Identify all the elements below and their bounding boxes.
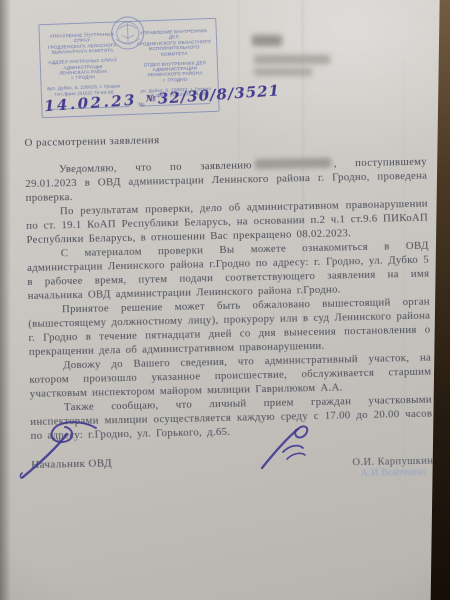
letter-body: Уведомляю, что по заявлению, поступившем… [25,155,433,443]
handwritten-number-prefix: № [146,94,156,105]
stamp-text-block: ОТДЕЛ ВНУТРЕННИХ ДЕЛАДМИНИСТРАЦИИЛЕНИНСК… [136,59,215,83]
addressee-redaction [254,55,330,64]
belarus-emblem-icon [105,10,151,56]
letter-paragraph: С материалом проверки Вы можете ознакоми… [27,239,430,303]
signer-block: О.И. Карпушкин А.И.Войтешко [352,451,433,480]
redacted-name [255,158,331,170]
addressee-redaction [254,68,312,76]
photo-background: УПРАЎЛЕННЕ ЎНУТРАНЫХ СПРАЎГРОДЗЕНСКАГА А… [0,0,450,600]
stamp-text-block: АДДЗЕЛ УНУТРАНЫХ СПРАЎАДМІНІСТРАЦЫІЛЕНІН… [44,57,123,81]
chief-signature-flourish [10,414,110,486]
faded-signer-name: А.И.Войтешко [361,467,434,480]
letter-paragraph: Принятое решение может быть обжаловано в… [28,295,431,359]
subject-line: О рассмотрении заявления [24,128,426,150]
document-paper: УПРАЎЛЕННЕ ЎНУТРАНЫХ СПРАЎГРОДЗЕНСКАГА А… [0,0,450,600]
signer-signature [250,416,318,476]
addressee-redaction [252,35,282,46]
